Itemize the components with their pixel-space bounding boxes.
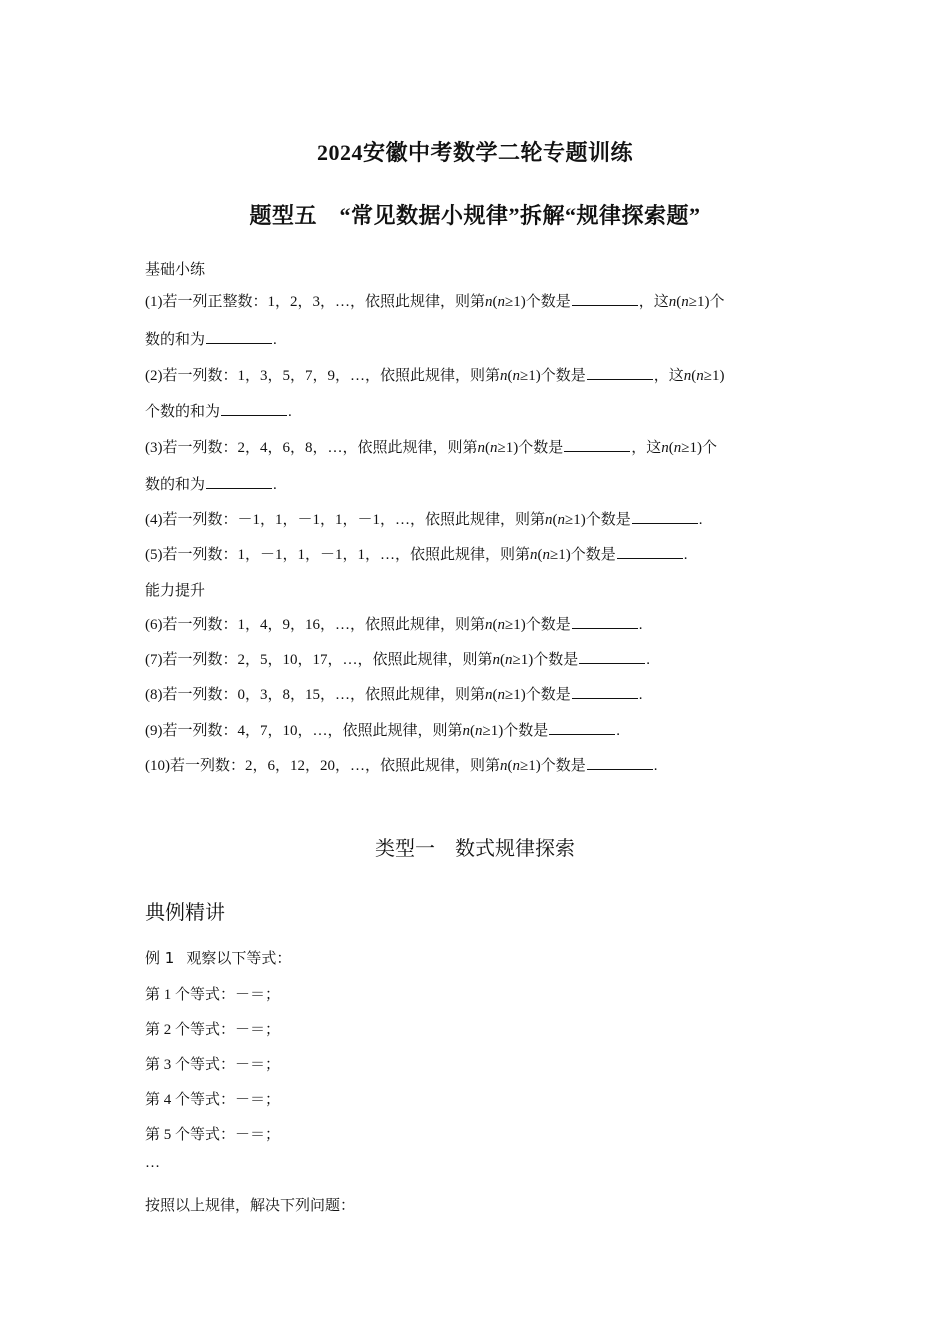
document-title: 2024安徽中考数学二轮专题训练 — [0, 136, 950, 167]
type-section-heading: 类型一 数式规律探索 — [0, 832, 950, 861]
answer-blank[interactable] — [221, 401, 287, 416]
example-sub-heading: 典例精讲 — [145, 896, 225, 925]
equation-1: 第 1 个等式：－＝； — [145, 983, 280, 1004]
question-7: (7)若一列数：2，5，10，17，…，依照此规律，则第n(n≥1)个数是. — [145, 648, 650, 669]
answer-blank[interactable] — [564, 437, 630, 452]
answer-blank[interactable] — [206, 474, 272, 489]
question-9: (9)若一列数：4，7，10，…，依照此规律，则第n(n≥1)个数是. — [145, 719, 620, 740]
question-2-line-1: (2)若一列数：1，3，5，7，9，…，依照此规律，则第n(n≥1)个数是，这n… — [145, 364, 724, 385]
answer-blank[interactable] — [572, 291, 638, 306]
answer-blank[interactable] — [572, 614, 638, 629]
question-10: (10)若一列数：2，6，12，20，…，依照此规律，则第n(n≥1)个数是. — [145, 754, 657, 775]
question-4: (4)若一列数：－1，1，－1，1，－1，…，依照此规律，则第n(n≥1)个数是… — [145, 508, 702, 529]
equation-5: 第 5 个等式：－＝； — [145, 1123, 280, 1144]
question-1-line-1: (1)若一列正整数：1，2，3，…，依照此规律，则第n(n≥1)个数是，这n(n… — [145, 290, 724, 311]
instruction: 按照以上规律，解决下列问题： — [145, 1194, 355, 1215]
answer-blank[interactable] — [587, 365, 653, 380]
question-5: (5)若一列数：1，－1，1，－1，1，…，依照此规律，则第n(n≥1)个数是. — [145, 543, 687, 564]
ellipsis: … — [145, 1155, 160, 1172]
answer-blank[interactable] — [572, 684, 638, 699]
equation-2: 第 2 个等式：－＝； — [145, 1018, 280, 1039]
document-subtitle: 题型五 “常见数据小规律”拆解“规律探索题” — [0, 199, 950, 230]
answer-blank[interactable] — [206, 329, 272, 344]
answer-blank[interactable] — [632, 509, 698, 524]
equation-3: 第 3 个等式：－＝； — [145, 1053, 280, 1074]
example-label: 例 1 — [145, 949, 174, 967]
question-2-line-2: 个数的和为. — [145, 400, 292, 421]
example-1-intro: 例 1观察以下等式： — [145, 947, 291, 968]
section-label-basic: 基础小练 — [145, 258, 205, 279]
document-page: 2024安徽中考数学二轮专题训练 题型五 “常见数据小规律”拆解“规律探索题” … — [0, 0, 950, 1344]
answer-blank[interactable] — [587, 755, 653, 770]
question-3-line-2: 数的和为. — [145, 473, 277, 494]
equation-4: 第 4 个等式：－＝； — [145, 1088, 280, 1109]
question-3-line-1: (3)若一列数：2，4，6，8，…，依照此规律，则第n(n≥1)个数是，这n(n… — [145, 436, 717, 457]
question-8: (8)若一列数：0，3，8，15，…，依照此规律，则第n(n≥1)个数是. — [145, 683, 642, 704]
section-label-advanced: 能力提升 — [145, 579, 205, 600]
answer-blank[interactable] — [617, 544, 683, 559]
question-1-line-2: 数的和为. — [145, 328, 277, 349]
answer-blank[interactable] — [549, 720, 615, 735]
question-6: (6)若一列数：1，4，9，16，…，依照此规律，则第n(n≥1)个数是. — [145, 613, 642, 634]
answer-blank[interactable] — [579, 649, 645, 664]
